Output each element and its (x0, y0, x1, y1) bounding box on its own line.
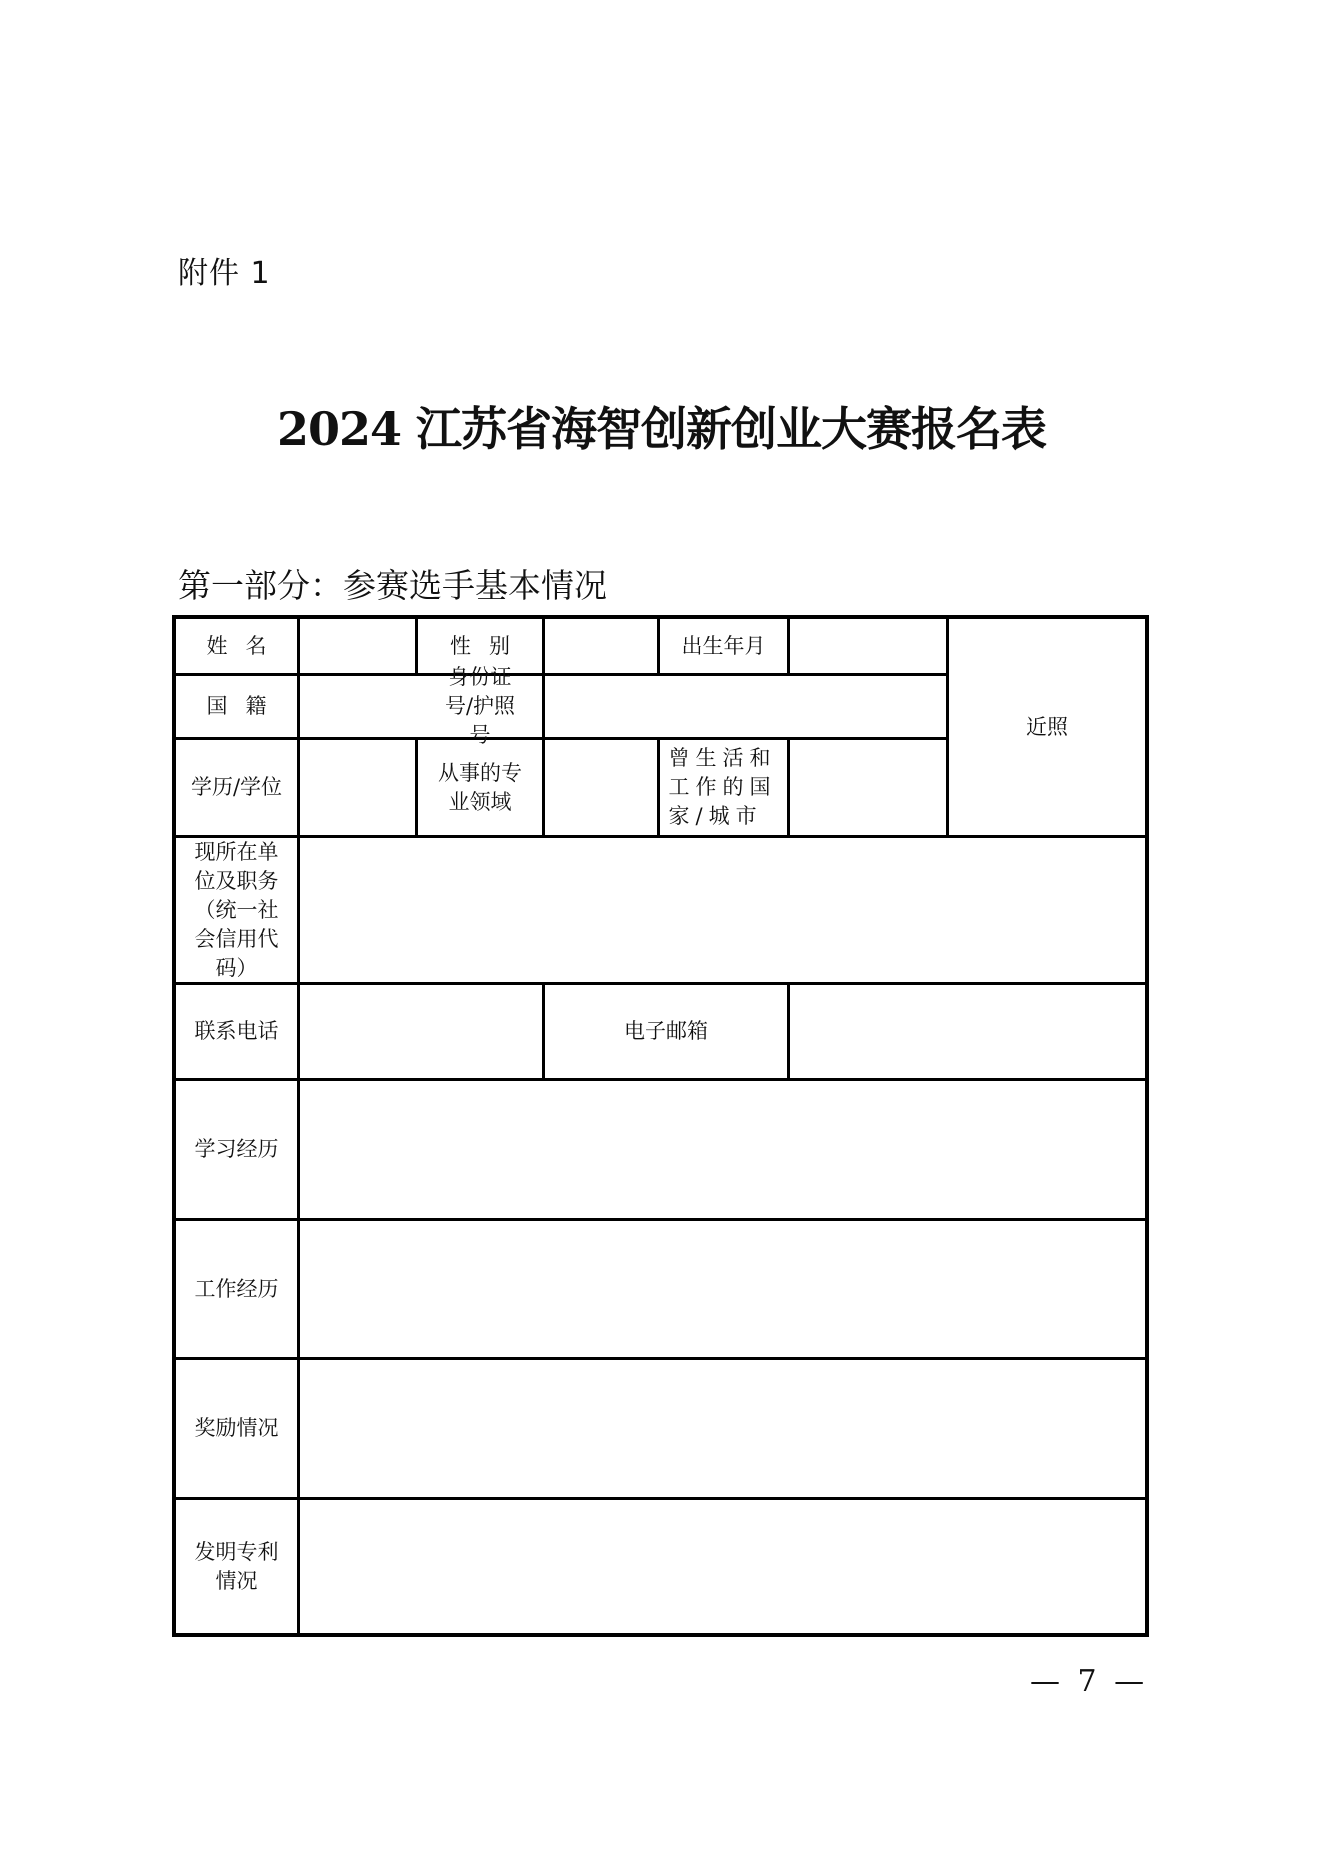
label-study: 学习经历 (176, 1081, 297, 1218)
attachment-label: 附件 1 (178, 248, 271, 292)
awards-field[interactable] (300, 1360, 1145, 1497)
work-field[interactable] (300, 1221, 1145, 1357)
birth-field[interactable] (790, 619, 946, 673)
education-field[interactable] (300, 740, 415, 835)
id-number-field[interactable] (545, 676, 946, 737)
label-field: 从事的专业领域 (418, 740, 542, 835)
label-work: 工作经历 (176, 1221, 297, 1357)
label-patents: 发明专利情况 (176, 1500, 297, 1633)
label-awards: 奖励情况 (176, 1360, 297, 1497)
registration-form-table: 姓名 性别 出生年月 近照 国籍 身份证号/护照号 学历/学位 从事的专业领域 … (172, 615, 1149, 1637)
page-title: 2024 江苏省海智创新创业大赛报名表 (0, 393, 1323, 459)
label-photo: 近照 (1026, 713, 1068, 742)
name-field[interactable] (300, 619, 415, 673)
photo-cell[interactable]: 近照 (949, 619, 1145, 835)
label-education: 学历/学位 (176, 740, 297, 835)
gender-field[interactable] (545, 619, 657, 673)
phone-field[interactable] (300, 985, 542, 1078)
email-field[interactable] (790, 985, 1145, 1078)
label-email: 电子邮箱 (545, 985, 787, 1078)
employer-field[interactable] (300, 838, 1145, 982)
label-countries: 曾生活和工作的国家/城市 (660, 740, 787, 835)
label-phone: 联系电话 (176, 985, 297, 1078)
study-field[interactable] (300, 1081, 1145, 1218)
countries-field[interactable] (790, 740, 946, 835)
section-heading: 第一部分：参赛选手基本情况 (178, 560, 607, 607)
label-id-number: 身份证号/护照号 (418, 676, 542, 737)
label-name: 姓名 (176, 619, 297, 673)
label-nationality: 国籍 (176, 676, 297, 737)
field-field[interactable] (545, 740, 657, 835)
label-employer: 现所在单位及职务（统一社会信用代码） (176, 838, 297, 982)
patents-field[interactable] (300, 1500, 1145, 1633)
page-number: — 7 — (1030, 1664, 1148, 1699)
nationality-field[interactable] (300, 676, 415, 737)
label-birth: 出生年月 (660, 619, 787, 673)
